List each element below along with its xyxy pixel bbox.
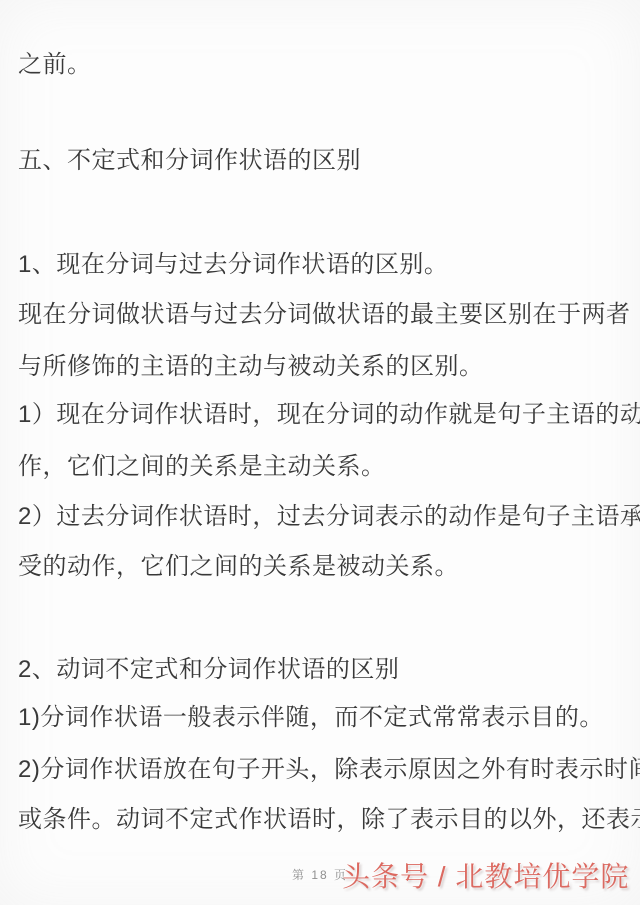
body-line: 与所修饰的主语的主动与被动关系的区别。 <box>18 352 484 382</box>
body-line: 现在分词做状语与过去分词做状语的最主要区别在于两者 <box>18 300 631 330</box>
subheading-1: 1、现在分词与过去分词作状语的区别。 <box>18 250 448 280</box>
body-line-point-2: 2)分词作状语放在句子开头，除表示原因之外有时表示时间 <box>18 755 640 785</box>
page-number: 第 18 页 <box>292 866 348 883</box>
body-line: 受的动作，它们之间的关系是被动关系。 <box>18 552 459 582</box>
page-footer: 第 18 页 头条号 / 北教培优学院 <box>0 850 640 905</box>
paragraph-end-line: 之前。 <box>18 50 92 80</box>
body-line-point-1: 1)分词作状语一般表示伴随，而不定式常常表示目的。 <box>18 703 604 733</box>
toutiao-watermark: 头条号 / 北教培优学院 <box>342 855 629 895</box>
body-line-point-1: 1）现在分词作状语时，现在分词的动作就是句子主语的动 <box>18 400 640 430</box>
subheading-2: 2、动词不定式和分词作状语的区别 <box>18 655 399 685</box>
body-line: 或条件。动词不定式作状语时，除了表示目的以外，还表示 <box>18 805 640 835</box>
body-line-point-2: 2）过去分词作状语时，过去分词表示的动作是句子主语承 <box>18 502 640 532</box>
body-line: 作，它们之间的关系是主动关系。 <box>18 452 386 482</box>
document-page: 之前。 五、不定式和分词作状语的区别 1、现在分词与过去分词作状语的区别。 现在… <box>0 0 640 905</box>
section-heading-5: 五、不定式和分词作状语的区别 <box>18 146 361 176</box>
